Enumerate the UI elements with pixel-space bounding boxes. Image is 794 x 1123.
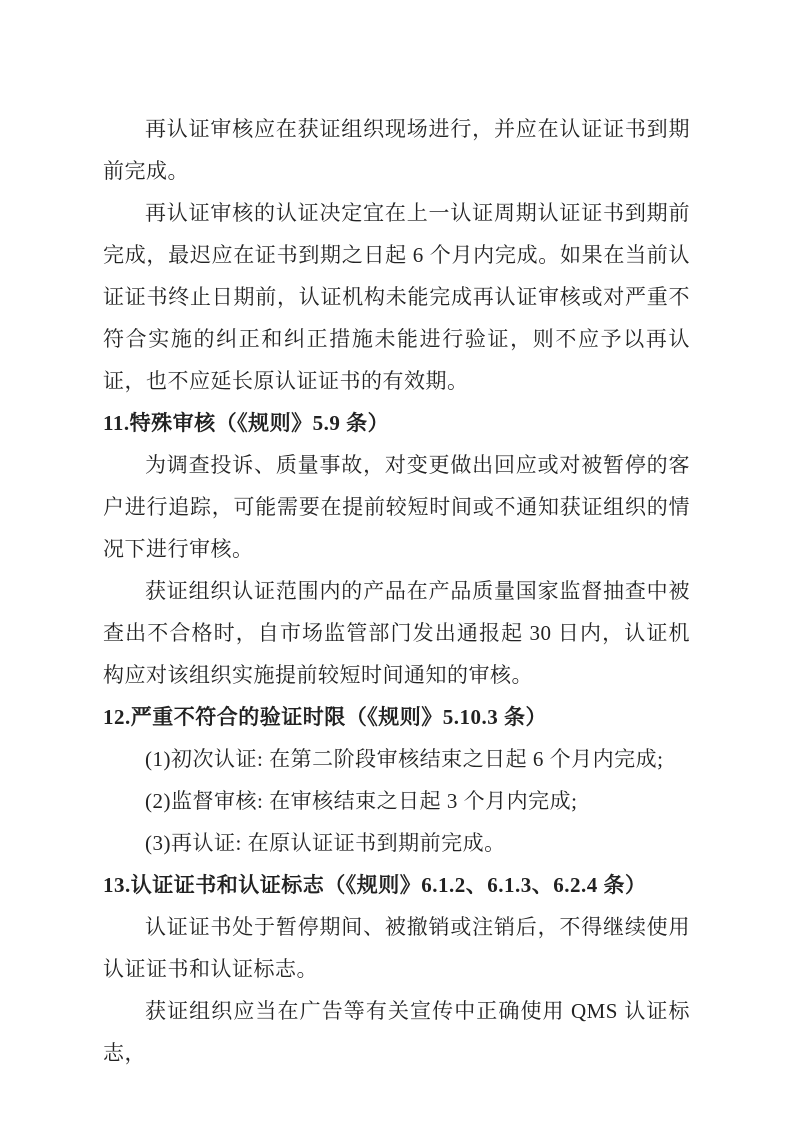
paragraph-recert-decision: 再认证审核的认证决定宜在上一认证周期认证证书到期前完成，最迟应在证书到期之日起 … [103, 192, 690, 402]
paragraph-spot-check: 获证组织认证范围内的产品在产品质量国家监督抽查中被查出不合格时，自市场监管部门发… [103, 570, 690, 696]
paragraph-cert-mark-usage: 认证证书处于暂停期间、被撤销或注销后，不得继续使用认证证书和认证标志。 [103, 906, 690, 990]
paragraph-special-audit: 为调查投诉、质量事故，对变更做出回应或对被暂停的客户进行追踪，可能需要在提前较短… [103, 444, 690, 570]
paragraph-recert-onsite: 再认证审核应在获证组织现场进行，并应在认证证书到期前完成。 [103, 108, 690, 192]
list-item-surveillance-audit: (2)监督审核: 在审核结束之日起 3 个月内完成; [103, 780, 690, 822]
paragraph-qms-mark-ad: 获证组织应当在广告等有关宣传中正确使用 QMS 认证标志， [103, 990, 690, 1074]
section-heading-11: 11.特殊审核（《规则》5.9 条） [103, 402, 690, 444]
section-heading-13: 13.认证证书和认证标志（《规则》6.1.2、6.1.3、6.2.4 条） [103, 864, 690, 906]
list-item-initial-cert: (1)初次认证: 在第二阶段审核结束之日起 6 个月内完成; [103, 738, 690, 780]
list-item-recertification: (3)再认证: 在原认证证书到期前完成。 [103, 822, 690, 864]
section-heading-12: 12.严重不符合的验证时限（《规则》5.10.3 条） [103, 696, 690, 738]
document-page: 再认证审核应在获证组织现场进行，并应在认证证书到期前完成。 再认证审核的认证决定… [0, 0, 794, 1123]
